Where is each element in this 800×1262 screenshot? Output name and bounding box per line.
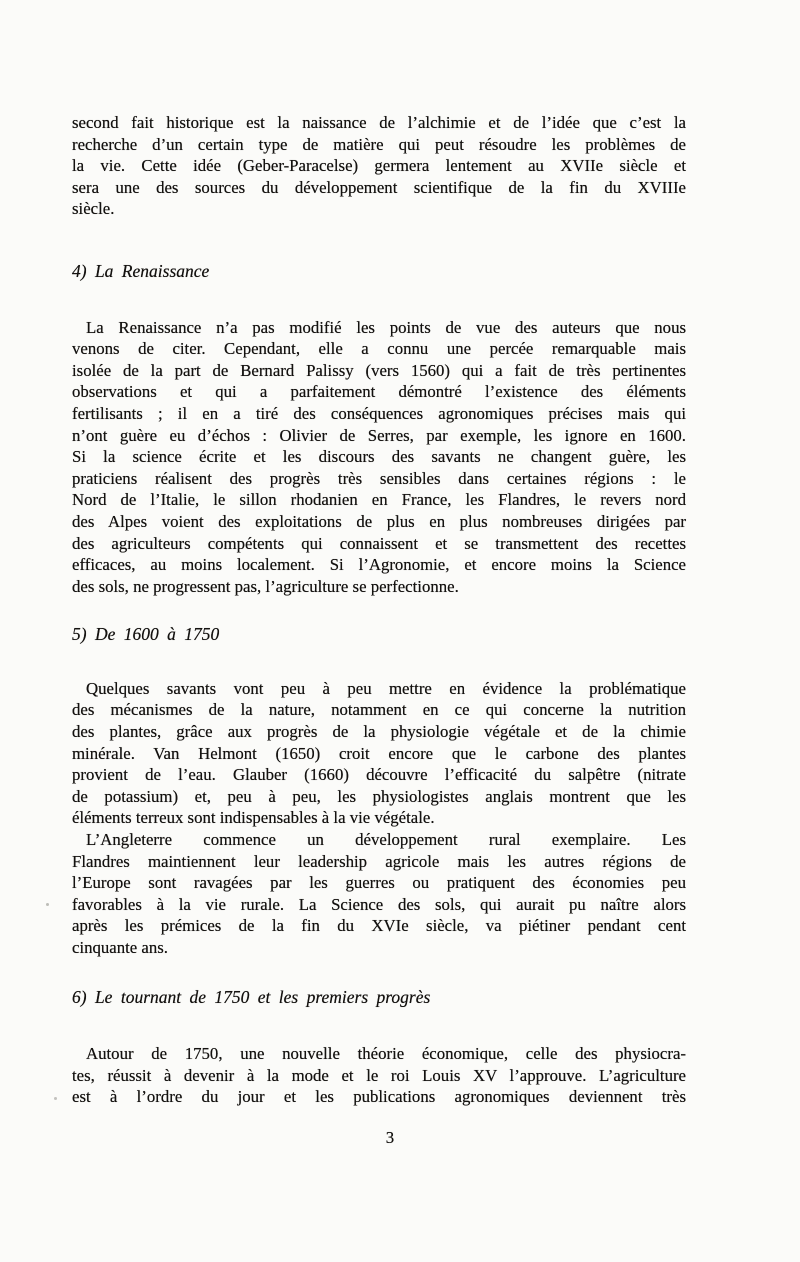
text-line: est à l’ordre du jour et les publication… xyxy=(72,1086,686,1108)
text-line: praticiens réalisent des progrès très se… xyxy=(72,468,686,490)
text-line: isolée de la part de Bernard Palissy (ve… xyxy=(72,360,686,382)
book-page: second fait historique est la naissance … xyxy=(0,0,800,1262)
section-heading-tournant-1750: 6) Le tournant de 1750 et les premiers p… xyxy=(72,987,686,1009)
text-line: cinquante ans. xyxy=(72,937,686,959)
text-line: provient de l’eau. Glauber (1660) découv… xyxy=(72,764,686,786)
section-heading-renaissance: 4) La Renaissance xyxy=(72,261,686,283)
text-line: Quelques savants vont peu à peu mettre e… xyxy=(72,678,686,700)
text-line: des Alpes voient des exploitations de pl… xyxy=(72,511,686,533)
text-line: la vie. Cette idée (Geber-Paracelse) ger… xyxy=(72,155,686,177)
scan-speck xyxy=(46,903,49,906)
text-line: L’Angleterre commence un développement r… xyxy=(72,829,686,851)
text-line: après les prémices de la fin du XVIe siè… xyxy=(72,915,686,937)
scan-speck xyxy=(54,1097,57,1100)
text-line: recherche d’un certain type de matière q… xyxy=(72,134,686,156)
text-line: Flandres maintiennent leur leadership ag… xyxy=(72,851,686,873)
text-line: minérale. Van Helmont (1650) croit encor… xyxy=(72,743,686,765)
paragraph-alchemy-continuation: second fait historique est la naissance … xyxy=(72,112,686,220)
text-line: des sols, ne progressent pas, l’agricult… xyxy=(72,576,686,598)
text-line: fertilisants ; il en a tiré des conséque… xyxy=(72,403,686,425)
text-line: efficaces, au moins localement. Si l’Agr… xyxy=(72,554,686,576)
text-line: La Renaissance n’a pas modifié les point… xyxy=(72,317,686,339)
paragraph-physiocrates: Autour de 1750, une nouvelle théorie éco… xyxy=(72,1043,686,1108)
section-heading-1600-1750: 5) De 1600 à 1750 xyxy=(72,624,686,646)
paragraph-angleterre: L’Angleterre commence un développement r… xyxy=(72,829,686,959)
text-line: des plantes, grâce aux progrès de la phy… xyxy=(72,721,686,743)
text-line: éléments terreux sont indispensables à l… xyxy=(72,807,686,829)
text-line: observations et qui a parfaitement démon… xyxy=(72,381,686,403)
text-column: second fait historique est la naissance … xyxy=(72,0,686,1149)
text-line: n’ont guère eu d’échos : Olivier de Serr… xyxy=(72,425,686,447)
text-line: Nord de l’Italie, le sillon rhodanien en… xyxy=(72,489,686,511)
page-number: 3 xyxy=(72,1127,686,1149)
paragraph-renaissance: La Renaissance n’a pas modifié les point… xyxy=(72,317,686,598)
text-line: second fait historique est la naissance … xyxy=(72,112,686,134)
text-line: des mécanismes de la nature, notamment e… xyxy=(72,699,686,721)
text-line: de potassium) et, peu à peu, les physiol… xyxy=(72,786,686,808)
text-line: tes, réussit à devenir à la mode et le r… xyxy=(72,1065,686,1087)
text-line: siècle. xyxy=(72,198,686,220)
text-line: venons de citer. Cependant, elle a connu… xyxy=(72,338,686,360)
text-line: des agriculteurs compétents qui connaiss… xyxy=(72,533,686,555)
text-line: Si la science écrite et les discours des… xyxy=(72,446,686,468)
text-line: Autour de 1750, une nouvelle théorie éco… xyxy=(72,1043,686,1065)
text-line: sera une des sources du développement sc… xyxy=(72,177,686,199)
paragraph-savants: Quelques savants vont peu à peu mettre e… xyxy=(72,678,686,829)
text-line: l’Europe sont ravagées par les guerres o… xyxy=(72,872,686,894)
text-line: favorables à la vie rurale. La Science d… xyxy=(72,894,686,916)
